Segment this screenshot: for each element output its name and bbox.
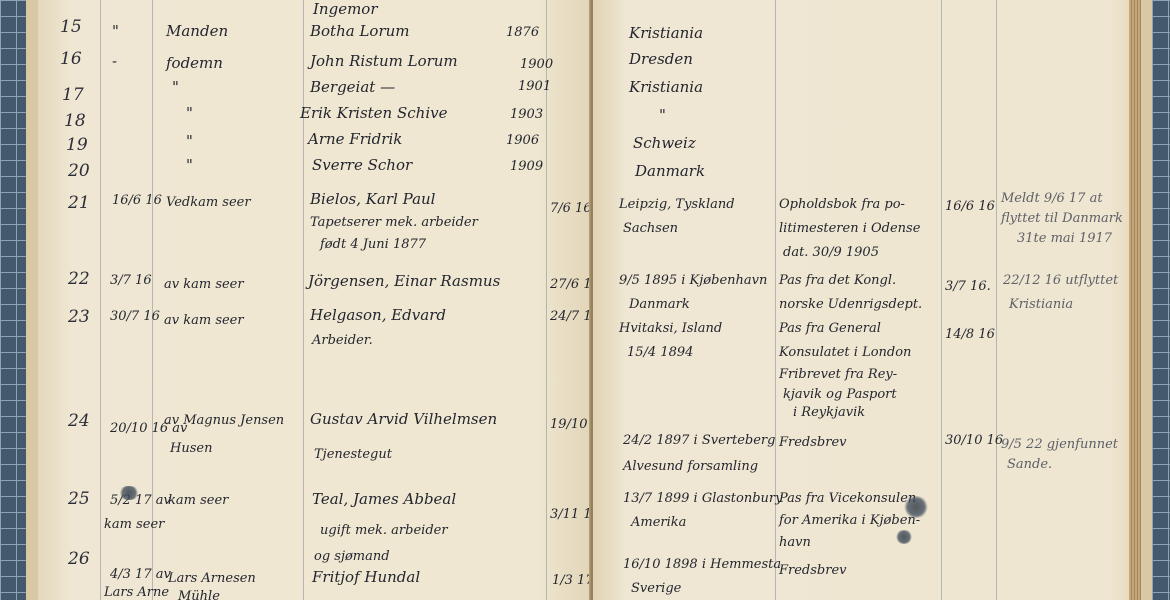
ink-blot <box>903 496 929 518</box>
entry-residence: Lars Arnesen <box>168 570 256 588</box>
entry-year: 1900 <box>520 56 553 74</box>
entry-date: 16/6 16 <box>112 192 162 210</box>
entry-name: John Ristum Lorum <box>310 52 458 70</box>
entry-name: Helgason, Edvard <box>310 306 446 324</box>
entry-occupation: Tapetserer mek. arbeider <box>310 214 478 232</box>
entry-remarks-line2: Kristiania <box>1009 296 1073 314</box>
entry-date-line2: Lars Arne <box>104 584 169 600</box>
entry-document: Opholdsbok fra po- <box>779 196 905 214</box>
entry-date-line2: kam seer <box>104 516 164 534</box>
ledger-book: Ingemor 15 " Manden Botha Lorum 1876 16 … <box>26 0 1152 600</box>
entry-residence: " <box>186 132 193 150</box>
entry-date: 14/8 16 <box>945 326 995 344</box>
entry-number: 20 <box>68 162 90 180</box>
entry-occupation: Tjenestegut <box>314 446 392 464</box>
entry-arrival-date: 3/11 16 <box>550 506 591 524</box>
entry-remarks-line3: 31te mai 1917 <box>1017 230 1112 248</box>
entry-residence: av kam seer <box>164 312 244 330</box>
entry-year: 1909 <box>510 158 543 176</box>
entry-remarks-line2: Sande. <box>1007 456 1052 474</box>
entry-birthplace-line2: Sachsen <box>623 220 678 238</box>
entry-arrival-date: 27/6 16 <box>550 276 591 294</box>
entry-number: 24 <box>68 412 90 430</box>
entry-date: 30/10 16 <box>945 432 1003 450</box>
entry-number: 26 <box>68 550 90 568</box>
entry-name: Gustav Arvid Vilhelmsen <box>310 410 497 428</box>
entry-year: 1903 <box>510 106 543 124</box>
entry-birthplace: Kristiania <box>629 24 703 42</box>
entry-remarks-line2: flyttet til Danmark <box>1001 210 1123 228</box>
entry-birthplace-line2: Alvesund forsamling <box>623 458 758 476</box>
entry-document: Fredsbrev <box>779 562 847 580</box>
entry-birthplace: " <box>659 106 666 124</box>
entry-document-line3: Fribrevet fra Rey- <box>779 366 897 384</box>
entry-occupation: Arbeider. <box>312 332 373 350</box>
entry-birthplace: 9/5 1895 i Kjøbenhavn <box>619 272 767 290</box>
entry-residence: av Magnus Jensen <box>164 412 284 430</box>
entry-name: Arne Fridrik <box>308 130 402 148</box>
entry-date: 16/6 16 <box>945 198 995 216</box>
entry-name: Teal, James Abbeal <box>312 490 456 508</box>
entry-name: Ingemor <box>313 0 378 18</box>
entry-occupation-line2: og sjømand <box>314 548 390 566</box>
entry-document-line3: dat. 30/9 1905 <box>783 244 879 262</box>
entry-birth: født 4 Juni 1877 <box>320 236 426 254</box>
entry-name: Jörgensen, Einar Rasmus <box>308 272 500 290</box>
page-edges <box>1129 0 1141 600</box>
entry-name: Bergeiat — <box>310 78 395 96</box>
entry-number: 22 <box>68 270 90 288</box>
entry-birthplace: Dresden <box>629 50 693 68</box>
entry-number: 21 <box>68 194 90 212</box>
entry-birthplace: Hvitaksi, Island <box>619 320 722 338</box>
column-rule <box>941 0 942 600</box>
entry-name: Fritjof Hundal <box>312 568 420 586</box>
entry-name: Bielos, Karl Paul <box>310 190 435 208</box>
entry-arrival-date: 7/6 16 <box>550 200 591 218</box>
entry-document-line3: havn <box>779 534 811 552</box>
left-page: Ingemor 15 " Manden Botha Lorum 1876 16 … <box>38 0 591 600</box>
ink-blot <box>895 530 913 544</box>
entry-number: 25 <box>68 490 90 508</box>
entry-document-line2: litimesteren i Odense <box>779 220 920 238</box>
entry-birthplace: Kristiania <box>629 78 703 96</box>
entry-year: 1876 <box>506 24 539 42</box>
entry-birthplace-line2: Danmark <box>629 296 690 314</box>
entry-birthplace: Leipzig, Tyskland <box>619 196 735 214</box>
entry-residence-line2: Mühle <box>178 588 220 600</box>
entry-residence: av kam seer <box>164 276 244 294</box>
entry-year: 1906 <box>506 132 539 150</box>
entry-birthplace-line2: Sverige <box>631 580 681 598</box>
entry-residence: fodemn <box>166 54 223 72</box>
entry-document-line2: for Amerika i Kjøben- <box>779 512 920 530</box>
entry-birthplace: 13/7 1899 i Glastonbury <box>623 490 782 508</box>
right-page: Kristiania Dresden Kristiania " Schweiz … <box>593 0 1141 600</box>
entry-document: Fredsbrev <box>779 434 847 452</box>
entry-residence-line2: Husen <box>170 440 212 458</box>
column-rule <box>996 0 997 600</box>
entry-birthplace: 16/10 1898 i Hemmesta <box>623 556 781 574</box>
entry-date: " <box>112 22 119 40</box>
entry-date: 30/7 16 <box>110 308 160 326</box>
entry-birthplace: Danmark <box>635 162 705 180</box>
entry-remarks: 9/5 22 gjenfunnet <box>1001 436 1118 454</box>
column-rule <box>303 0 304 600</box>
entry-number: 15 <box>60 18 82 36</box>
entry-number: 19 <box>66 136 88 154</box>
entry-number: 17 <box>62 86 84 104</box>
entry-residence: Manden <box>166 22 228 40</box>
entry-date: 3/7 16 <box>110 272 152 290</box>
entry-birthplace-line2: Amerika <box>631 514 686 532</box>
entry-date: 3/7 16. <box>945 278 991 296</box>
column-rule <box>152 0 153 600</box>
column-rule <box>775 0 776 600</box>
entry-document-line2: norske Udenrigsdept. <box>779 296 922 314</box>
entry-date: 4/3 17 av <box>110 566 171 584</box>
column-rule <box>100 0 101 600</box>
entry-document: Pas fra General <box>779 320 881 338</box>
entry-document: Pas fra Vicekonsulen <box>779 490 916 508</box>
entry-remarks: Meldt 9/6 17 at <box>1001 190 1103 208</box>
entry-remarks: 22/12 16 utflyttet <box>1003 272 1118 290</box>
entry-document-line2: Konsulatet i London <box>779 344 911 362</box>
entry-arrival-date: 24/7 16 <box>550 308 591 326</box>
entry-birthplace: Schweiz <box>633 134 696 152</box>
entry-arrival-date: 1/3 17 <box>552 572 591 590</box>
entry-document-line5: i Reykjavik <box>793 404 865 422</box>
entry-number: 16 <box>60 50 82 68</box>
entry-name: Sverre Schor <box>312 156 412 174</box>
entry-document-line4: kjavik og Pasport <box>783 386 897 404</box>
entry-residence: Vedkam seer <box>166 194 251 212</box>
entry-residence: " <box>186 156 193 174</box>
entry-date: - <box>112 52 117 70</box>
entry-name: Botha Lorum <box>310 22 410 40</box>
entry-number: 23 <box>68 308 90 326</box>
ink-blot <box>118 486 140 500</box>
entry-name: Erik Kristen Schive <box>300 104 447 122</box>
entry-birthplace-line2: 15/4 1894 <box>627 344 693 362</box>
entry-occupation: ugift mek. arbeider <box>320 522 448 540</box>
entry-residence: " <box>172 78 179 96</box>
entry-residence: kam seer <box>168 492 228 510</box>
entry-document: Pas fra det Kongl. <box>779 272 896 290</box>
entry-number: 18 <box>64 112 86 130</box>
entry-residence: " <box>186 104 193 122</box>
entry-arrival-date: 19/10 16 <box>550 416 591 434</box>
entry-birthplace: 24/2 1897 i Sverteberg <box>623 432 775 450</box>
entry-year: 1901 <box>518 78 551 96</box>
